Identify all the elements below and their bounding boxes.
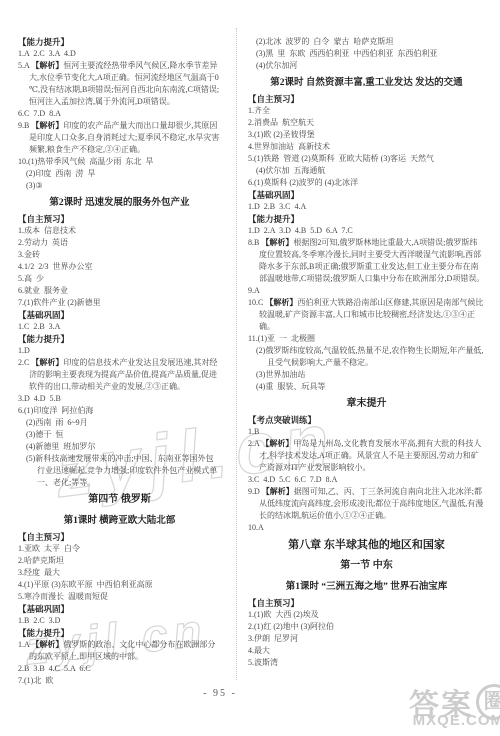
answer-line: 3.伊朗 尼罗河 bbox=[248, 633, 485, 645]
answer-line: 1.C 2.B 3.A bbox=[18, 321, 221, 333]
answer-line: 1.A 2.C 3.A 4.D bbox=[18, 48, 221, 60]
page-number: - 95 - bbox=[0, 688, 440, 699]
answer-line: 3.(1)欧 (2)圣彼得堡 bbox=[248, 129, 485, 141]
answer-line: 4.最大 bbox=[248, 645, 485, 657]
heading: 第1课时 横跨亚欧大陆北部 bbox=[18, 510, 221, 531]
answer-line: 1.齐全 bbox=[248, 105, 485, 117]
answer-line: 3.D 4.D 5.B bbox=[18, 393, 221, 405]
answer-line: 10.C 【解析】西伯利亚大铁路沿南部山区修建,其原因是南部气候比较温暖,矿产资… bbox=[248, 297, 485, 333]
answer-line: 1.B bbox=[248, 426, 485, 438]
section-label: 【能力提升】 bbox=[248, 213, 485, 225]
answer-line: 2.哈萨克斯坦 bbox=[18, 555, 221, 567]
answer-line: 6.就业 服务业 bbox=[18, 285, 221, 297]
heading: 第八章 东半球其他的地区和国家 bbox=[248, 534, 485, 555]
sub-answer-line: (3)世界加油站 bbox=[248, 369, 485, 381]
sub-answer-line: (2)俄罗斯纬度较高,气温较低,热量不足,农作物生长期短,年产量低,且受气候影响… bbox=[248, 345, 485, 369]
section-label: 【自主预习】 bbox=[248, 597, 485, 609]
answer-line: 9.D 【解析】据图可知,乙、丙、丁三条河流自南向北注入北冰洋;都从低纬度流向高… bbox=[248, 486, 485, 522]
sub-answer-line: (4)伏尔加河 bbox=[248, 60, 485, 72]
heading: 第四节 俄罗斯 bbox=[18, 489, 221, 510]
section-label: 【基础巩固】 bbox=[18, 309, 221, 321]
section-label: 【自主预习】 bbox=[248, 93, 485, 105]
sub-answer-line: (3)德干 恒 bbox=[18, 429, 221, 441]
answer-line: 4.世界加油站 高新技术 bbox=[248, 141, 485, 153]
answer-line: 6.(1)印度洋 阿拉伯海 bbox=[18, 405, 221, 417]
answer-line: 1.成本 信息技术 bbox=[18, 225, 221, 237]
heading: 章末提升 bbox=[248, 393, 485, 414]
answer-line: 2.B 3.B 4.C 5.A 6.C bbox=[18, 663, 221, 675]
section-label: 【基础巩固】 bbox=[248, 189, 485, 201]
section-label: 【自主预习】 bbox=[18, 531, 221, 543]
answer-line: 9.A bbox=[248, 285, 485, 297]
answer-line: 2.(1)红 (2)地中 (3)阿拉伯 bbox=[248, 621, 485, 633]
section-label: 【自主预习】 bbox=[18, 213, 221, 225]
answer-line: 1.A 【解析】俄罗斯的政治、文化中心都分布在欧洲部分的东欧平原上,即甲区域的中… bbox=[18, 639, 221, 663]
answer-line: 3.经度 最大 bbox=[18, 567, 221, 579]
answer-line: 11.(1)亚 一 北极圈 bbox=[248, 333, 485, 345]
answer-line: 2.C 【解析】印度的信息技术产业发达且发展迅速,其对经济的影响主要表现为提高产… bbox=[18, 357, 221, 393]
answer-line: 5.A 【解析】恒河主要流经热带季风气候区,降水季节差异大,水位季节变化大,A项… bbox=[18, 60, 221, 108]
answer-line: 1.(1)欧 大西 (2)埃及 bbox=[248, 609, 485, 621]
answer-line: 2.A 【解析】甲岛是九州岛,文化教育发展水平高,拥有大批的科技人才,科学技术发… bbox=[248, 438, 485, 474]
answer-line: 6.C 7.D 8.A bbox=[18, 108, 221, 120]
right-column: (2)北冰 波罗的 白令 蒙古 哈萨克斯坦(3)黑 里 东欧 西西伯利亚 中西伯… bbox=[248, 36, 485, 669]
answer-line: 5.(1)铁路 管道 (2)莫斯科 亚欧大陆桥 (3)客运 天然气 bbox=[248, 153, 485, 165]
sub-answer-line: (3)③ bbox=[18, 180, 221, 192]
section-label: 【基础巩固】 bbox=[18, 603, 221, 615]
answer-line: 10.(1)热带季风气候 高温少雨 东北 旱 bbox=[18, 156, 221, 168]
answer-line: 9.B 【解析】印度的农产品产量大而出口量却很少,其原因是印度人口众多,自身消耗… bbox=[18, 120, 221, 156]
heading: 第1课时 “三洲五海之地” 世界石油宝库 bbox=[248, 576, 485, 597]
left-column: 【能力提升】1.A 2.C 3.A 4.D5.A 【解析】恒河主要流经热带季风气… bbox=[18, 36, 221, 687]
section-label: 【考点突破训练】 bbox=[248, 414, 485, 426]
site-url-watermark: MXQE.COM bbox=[413, 712, 500, 729]
sub-answer-line: (5)新科技高速发展带来的冲击;中国、东南亚等国外包行业迅速崛起,竞争力增强;印… bbox=[18, 453, 221, 489]
sub-answer-line: (3)黑 里 东欧 西西伯利亚 中西伯利亚 东西伯利亚 bbox=[248, 48, 485, 60]
answer-line: 2.劳动力 英语 bbox=[18, 237, 221, 249]
sub-answer-line: (4)重 服装、玩具等 bbox=[248, 381, 485, 393]
sub-answer-line: (2)印度 西南 涝 旱 bbox=[18, 168, 221, 180]
answer-line: 1.D 2.A 3.D 4.B 5.D 6.A 7.C bbox=[248, 225, 485, 237]
answer-line: 7.(1)软件产业 (2)新德里 bbox=[18, 297, 221, 309]
section-label: 【能力提升】 bbox=[18, 333, 221, 345]
answer-line: 8.B 【解析】根据图2可知,俄罗斯林地比重最大,A项错误;俄罗斯纬度位置较高,… bbox=[248, 237, 485, 285]
answer-line: 4.(1)平原 (3)东欧平原 中西伯利亚高原 bbox=[18, 579, 221, 591]
answer-line: 6.(1)莫斯科 (2)波罗的 (4)北冰洋 bbox=[248, 177, 485, 189]
sub-answer-line: (4)新德里 班加罗尔 bbox=[18, 441, 221, 453]
sub-answer-line: (2)西南 雨 6~9月 bbox=[18, 417, 221, 429]
heading: 第2课时 自然资源丰富,重工业发达 发达的交通 bbox=[248, 72, 485, 93]
answer-line: 1.亚欧 太平 白令 bbox=[18, 543, 221, 555]
heading: 第一节 中东 bbox=[248, 555, 485, 576]
column-divider bbox=[236, 28, 237, 680]
answer-line: 3.金砖 bbox=[18, 249, 221, 261]
answer-line: 1.D 2.B 3.C 4.A bbox=[248, 201, 485, 213]
answer-line: 7.(1)北 欧 bbox=[18, 675, 221, 687]
answer-line: 5.高 少 bbox=[18, 273, 221, 285]
sub-answer-line: (2)北冰 波罗的 白令 蒙古 哈萨克斯坦 bbox=[248, 36, 485, 48]
answer-line: 3.C 4.D 5.C 6.C 7.D 8.A bbox=[248, 474, 485, 486]
answer-line: 1.D bbox=[18, 345, 221, 357]
answer-line: 4.1/2 2/3 世界办公室 bbox=[18, 261, 221, 273]
answer-line: 10.A bbox=[248, 522, 485, 534]
answer-line: 1.B 2.C 3.D bbox=[18, 615, 221, 627]
section-label: 【能力提升】 bbox=[18, 36, 221, 48]
heading: 第2课时 迅速发展的服务外包产业 bbox=[18, 192, 221, 213]
section-label: 【能力提升】 bbox=[18, 627, 221, 639]
answer-line: 5.波斯湾 bbox=[248, 657, 485, 669]
answer-line: 2.消费品 航空航天 bbox=[248, 117, 485, 129]
sub-answer-line: (4)伏尔加 五海通航 bbox=[248, 165, 485, 177]
answer-line: 5.寒冷而漫长 温暖而短促 bbox=[18, 591, 221, 603]
